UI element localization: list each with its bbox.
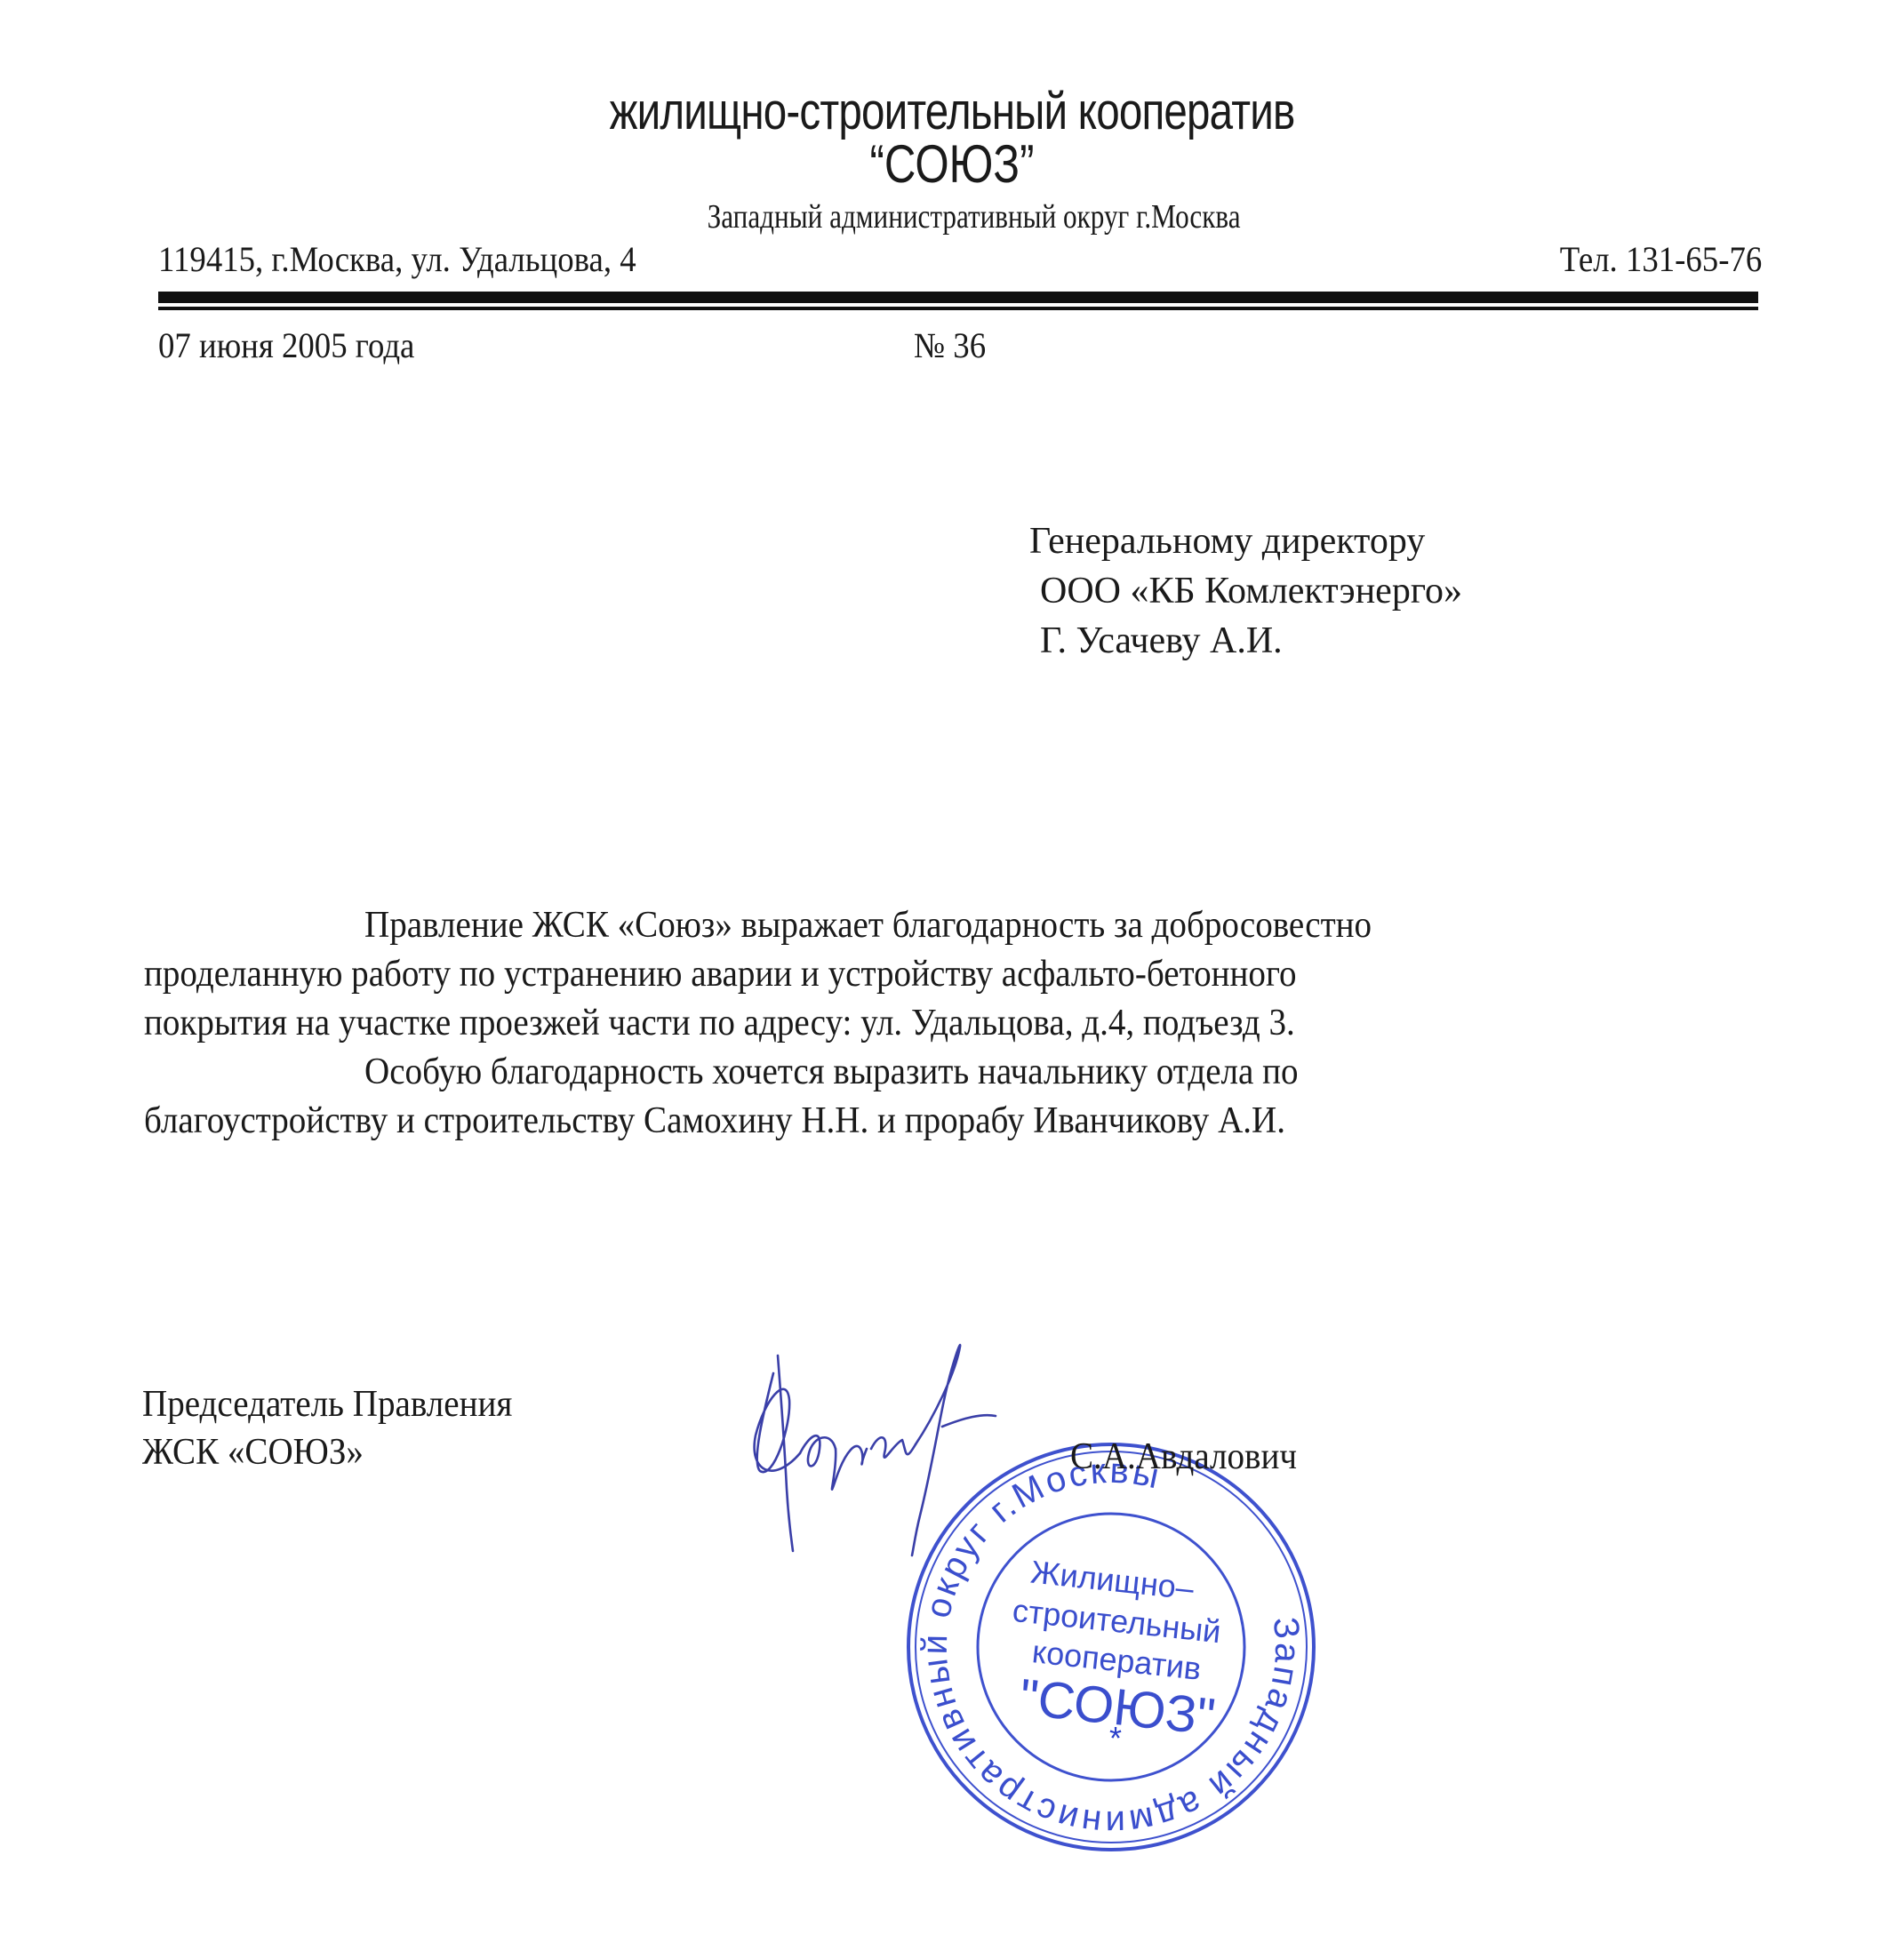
signatory-name: С.А.Авдалович bbox=[1070, 1435, 1297, 1478]
body-paragraph-2-line-2: благоустройству и строительству Самохину… bbox=[144, 1099, 1285, 1142]
signatory-title-line-1: Председатель Правления bbox=[142, 1383, 512, 1426]
body-paragraph-1-line-2: проделанную работу по устранению аварии … bbox=[144, 953, 1297, 995]
org-name: “СОЮЗ” bbox=[172, 133, 1732, 195]
header-divider-thick bbox=[158, 292, 1758, 303]
org-district: Западный административный округ г.Москва bbox=[172, 197, 1732, 236]
signatory-title-line-2: ЖСК «СОЮЗ» bbox=[142, 1431, 364, 1474]
body-paragraph-1-line-1: Правление ЖСК «Союз» выражает благодарно… bbox=[364, 904, 1372, 947]
letter-date: 07 июня 2005 года bbox=[158, 324, 414, 366]
handwritten-signature bbox=[738, 1338, 1058, 1560]
addressee-position: Генеральному директору bbox=[1029, 520, 1425, 563]
header-divider-thin bbox=[158, 307, 1758, 310]
org-address: 119415, г.Москва, ул. Удальцова, 4 bbox=[158, 238, 636, 280]
body-paragraph-2-line-1: Особую благодарность хочется выразить на… bbox=[364, 1051, 1299, 1093]
addressee-company: ООО «КБ Комлектэнерго» bbox=[1040, 570, 1462, 612]
addressee-name: Г. Усачеву А.И. bbox=[1040, 620, 1283, 662]
letter-number: № 36 bbox=[914, 324, 986, 366]
org-phone: Тел. 131-65-76 bbox=[1560, 238, 1762, 280]
body-paragraph-1-line-3: покрытия на участке проезжей части по ад… bbox=[144, 1002, 1295, 1044]
org-title: жилищно-строительный кооператив bbox=[172, 82, 1732, 141]
